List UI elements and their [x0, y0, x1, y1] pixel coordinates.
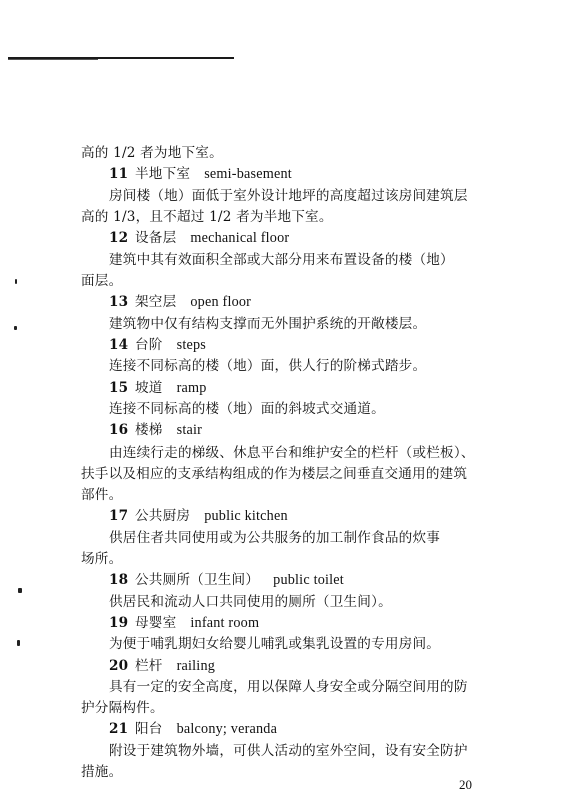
term-heading: 20栏杆railing — [109, 656, 215, 676]
term-heading: 18公共厕所（卫生间）public toilet — [109, 570, 344, 590]
scan-speck — [18, 588, 22, 593]
definition-line: 具有一定的安全高度，用以保障人身安全或分隔空间用的防 — [109, 677, 468, 697]
scan-speck — [14, 326, 17, 330]
scan-speck — [15, 279, 17, 284]
term-chinese: 阳台 — [135, 719, 163, 739]
term-heading: 13架空层open floor — [109, 292, 251, 312]
definition-continuation: 面层。 — [81, 271, 122, 291]
definition-line: 建筑物中仅有结构支撑而无外围护系统的开敞楼层。 — [109, 314, 426, 334]
term-chinese: 架空层 — [135, 292, 176, 312]
term-heading: 11半地下室semi-basement — [109, 164, 292, 184]
definition-continuation: 高的 1/2 者为地下室。 — [81, 143, 223, 163]
term-number: 20 — [109, 656, 135, 676]
term-number: 14 — [109, 335, 135, 355]
document-page: 高的 1/2 者为地下室。11半地下室semi-basement房间楼（地）面低… — [0, 0, 561, 793]
term-english: infant room — [190, 615, 259, 631]
term-heading: 15坡道ramp — [109, 378, 207, 398]
term-number: 19 — [109, 613, 135, 633]
term-english: semi-basement — [204, 166, 292, 182]
header-rule-shadow — [8, 59, 98, 60]
term-number: 16 — [109, 420, 135, 440]
term-number: 17 — [109, 506, 135, 526]
term-number: 15 — [109, 378, 135, 398]
definition-line: 连接不同标高的楼（地）面的斜坡式交通道。 — [109, 399, 385, 419]
term-chinese: 公共厨房 — [135, 506, 190, 526]
term-english: balcony; veranda — [177, 721, 278, 737]
scan-speck — [17, 640, 20, 646]
term-heading: 12设备层mechanical floor — [109, 228, 289, 248]
definition-line: 附设于建筑物外墙，可供人活动的室外空间，设有安全防护 — [109, 741, 468, 761]
definition-line: 为便于哺乳期妇女给婴儿哺乳或集乳设置的专用房间。 — [109, 634, 440, 654]
definition-line: 由连续行走的梯级、休息平台和维护安全的栏杆（或栏板）、 — [109, 443, 475, 463]
term-number: 12 — [109, 228, 135, 248]
term-heading: 17公共厨房public kitchen — [109, 506, 288, 526]
term-chinese: 母婴室 — [135, 613, 176, 633]
term-heading: 21阳台balcony; veranda — [109, 719, 277, 739]
term-english: public kitchen — [204, 508, 288, 524]
page-number: 20 — [459, 777, 472, 793]
term-english: public toilet — [273, 572, 344, 588]
term-heading: 19母婴室infant room — [109, 613, 259, 633]
term-english: steps — [177, 337, 206, 353]
term-number: 11 — [109, 164, 135, 184]
definition-continuation: 扶手以及相应的支承结构组成的作为楼层之间垂直交通用的建筑 — [81, 464, 467, 484]
definition-continuation: 场所。 — [81, 549, 122, 569]
term-chinese: 公共厕所（卫生间） — [135, 570, 259, 590]
definition-continuation: 护分隔构件。 — [81, 698, 164, 718]
term-chinese: 坡道 — [135, 378, 163, 398]
term-chinese: 楼梯 — [135, 420, 163, 440]
term-english: open floor — [190, 294, 251, 310]
definition-line: 建筑中其有效面积全部或大部分用来布置设备的楼（地） — [109, 250, 454, 270]
term-heading: 16楼梯stair — [109, 420, 202, 440]
term-chinese: 台阶 — [135, 335, 163, 355]
definition-line: 供居住者共同使用或为公共服务的加工制作食品的炊事 — [109, 528, 440, 548]
term-number: 21 — [109, 719, 135, 739]
definition-line: 供居民和流动人口共同使用的厕所（卫生间）。 — [109, 592, 392, 612]
term-english: mechanical floor — [190, 230, 289, 246]
definition-continuation: 部件。 — [81, 485, 122, 505]
definition-line: 房间楼（地）面低于室外设计地坪的高度超过该房间建筑层 — [109, 186, 468, 206]
term-number: 13 — [109, 292, 135, 312]
definition-line: 连接不同标高的楼（地）面，供人行的阶梯式踏步。 — [109, 356, 426, 376]
term-chinese: 设备层 — [135, 228, 176, 248]
term-english: stair — [177, 422, 202, 438]
term-chinese: 半地下室 — [135, 164, 190, 184]
definition-continuation: 高的 1/3，且不超过 1/2 者为半地下室。 — [81, 207, 333, 227]
term-chinese: 栏杆 — [135, 656, 163, 676]
term-heading: 14台阶steps — [109, 335, 206, 355]
term-number: 18 — [109, 570, 135, 590]
term-english: ramp — [177, 380, 207, 396]
term-english: railing — [177, 658, 215, 674]
definition-continuation: 措施。 — [81, 762, 122, 782]
